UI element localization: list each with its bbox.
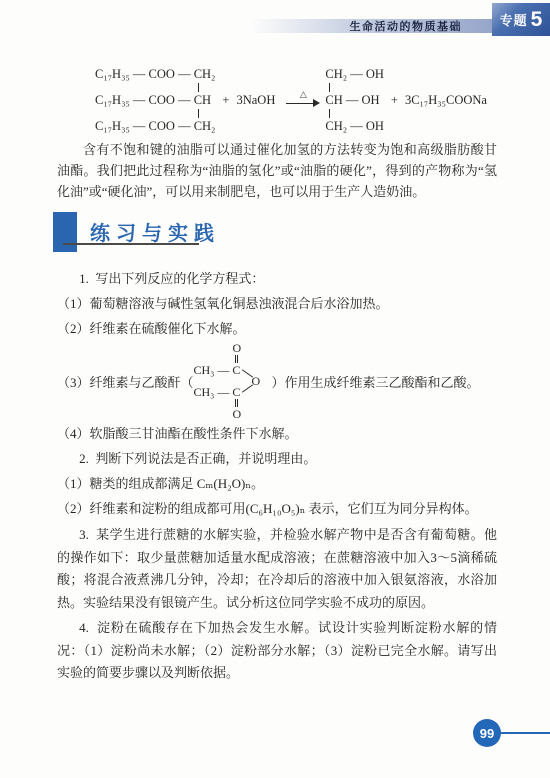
vertical-bond (329, 109, 330, 118)
item-3-prefix: （3）纤维素与乙酸酐（ (57, 372, 194, 391)
plus-sign: + (391, 93, 398, 108)
reagent: 3NaOH (236, 93, 275, 108)
triglyceride-structure: C₁₇H₃₅ — COO — CH₂ C₁₇H₃₅ — COO — CH C₁₇… (95, 66, 215, 135)
vertical-bond (198, 83, 199, 92)
item-3-suffix: ）作用生成纤维素三乙酸酯和乙酸。 (272, 372, 480, 391)
question-1-item-2: （2）纤维素在硫酸催化下水解。 (57, 316, 497, 341)
chapter-title: 生命活动的物质基础 (350, 18, 463, 34)
chapter-header-bar: 生命活动的物质基础 (250, 19, 492, 33)
reaction-arrow: △ (286, 91, 320, 111)
question-1-item-4: （4）软脂酸三甘油酯在酸性条件下水解。 (57, 421, 497, 446)
page-number-badge: 99 (473, 719, 501, 747)
question-1: 1. 写出下列反应的化学方程式： (57, 266, 497, 291)
unit-label: 专题 (500, 10, 528, 29)
question-number: 3. (79, 527, 89, 542)
question-3: 3. 某学生进行蔗糖的水解实验，并检验水解产物中是否含有葡萄糖。他的操作如下：取… (57, 524, 497, 614)
double-bond (235, 399, 238, 407)
question-1-item-1: （1）葡萄糖溶液与碱性氢氧化铜悬浊液混合后水浴加热。 (57, 291, 497, 316)
methyl-carbonyl-group: CH₃ — C (194, 364, 241, 376)
question-text: 写出下列反应的化学方程式： (95, 271, 264, 286)
page-number: 99 (480, 726, 494, 741)
footer-rule (499, 732, 550, 734)
equation-line: C₁₇H₃₅ — COO — CH (95, 92, 215, 109)
methyl-carbonyl-group: CH₃ — C (194, 386, 241, 398)
question-4: 4. 淀粉在硫酸存在下加热会发生水解。试设计实验判断淀粉水解的情况：（1）淀粉尚… (57, 617, 497, 685)
section-title: 练习与实践 (90, 217, 220, 246)
oxygen-atom: O (233, 342, 242, 354)
question-2-item-2: （2）纤维素和淀粉的组成都可用(C₆H₁₀O₅)ₙ 表示，它们互为同分异构体。 (57, 496, 497, 521)
question-text: 淀粉在硫酸存在下加热会发生水解。试设计实验判断淀粉水解的情况：（1）淀粉尚未水解… (57, 620, 497, 680)
textbook-page: 生命活动的物质基础 专题 5 C₁₇H₃₅ — COO — CH₂ C₁₇H₃₅… (0, 0, 550, 778)
vertical-bond (329, 83, 330, 92)
equation-line: CH₂ — OH (325, 66, 384, 83)
glycerol-structure: CH₂ — OH CH — OH CH₂ — OH (325, 66, 384, 135)
question-text: 某学生进行蔗糖的水解实验，并检验水解产物中是否含有葡萄糖。他的操作如下：取少量蔗… (57, 527, 497, 610)
section-marker-square (53, 212, 77, 252)
chemical-equation: C₁₇H₃₅ — COO — CH₂ C₁₇H₃₅ — COO — CH C₁₇… (95, 66, 487, 135)
product: 3C₁₇H₃₅COONa (405, 93, 487, 108)
question-2-item-1: （1）糖类的组成都满足 Cₘ(H₂O)ₙ。 (57, 471, 497, 496)
heat-condition: △ (286, 89, 320, 100)
arrow-head (313, 99, 320, 107)
plus-sign: + (222, 93, 229, 108)
equation-line: C₁₇H₃₅ — COO — CH₂ (95, 66, 215, 83)
intro-paragraph: 含有不饱和键的油脂可以通过催化加氢的方法转变为饱和高级脂肪酸甘油酯。我们把此过程… (57, 139, 497, 202)
unit-badge: 专题 5 (492, 3, 550, 36)
equation-line: CH — OH (325, 92, 384, 109)
double-bond (235, 355, 238, 363)
question-text: 判断下列说法是否正确，并说明理由。 (95, 451, 316, 466)
question-number: 2. (79, 451, 89, 466)
question-1-item-3: （3）纤维素与乙酸酐（ O CH₃ — C O CH₃ — C O ）作用生成纤… (57, 341, 497, 421)
question-number: 4. (79, 620, 89, 635)
section-header: 练习与实践 (53, 212, 413, 256)
question-number: 1. (79, 271, 89, 286)
equation-line: C₁₇H₃₅ — COO — CH₂ (95, 118, 215, 135)
equation-line: CH₂ — OH (325, 118, 384, 135)
unit-number: 5 (531, 9, 543, 30)
exercise-questions: 1. 写出下列反应的化学方程式： （1）葡萄糖溶液与碱性氢氧化铜悬浊液混合后水浴… (57, 266, 497, 685)
acetic-anhydride-structure: O CH₃ — C O CH₃ — C O (194, 341, 272, 421)
oxygen-atom: O (233, 408, 242, 420)
vertical-bond (198, 109, 199, 118)
question-2: 2. 判断下列说法是否正确，并说明理由。 (57, 446, 497, 471)
single-bond (241, 384, 252, 392)
